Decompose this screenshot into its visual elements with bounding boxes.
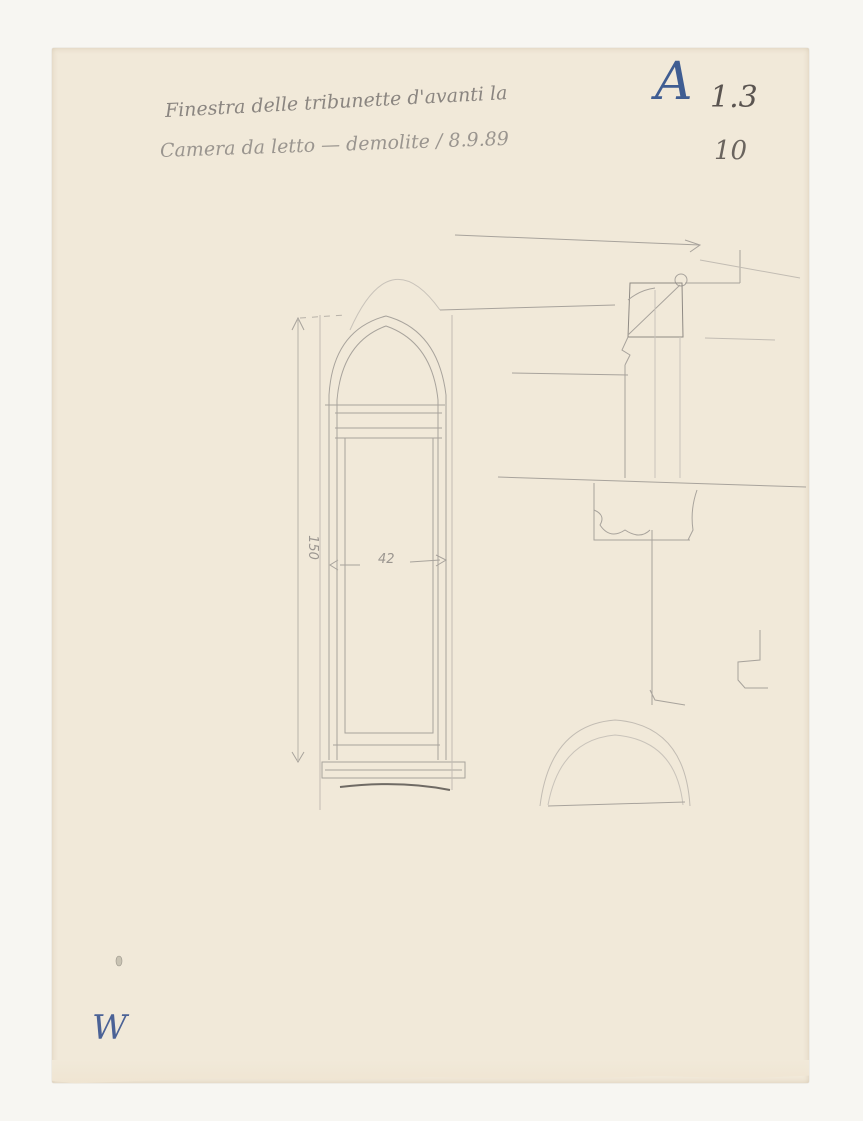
window-sketch-drawing	[0, 0, 863, 1121]
width-dimension-label: 42	[378, 552, 395, 567]
height-dimension-label: 150	[305, 535, 320, 560]
